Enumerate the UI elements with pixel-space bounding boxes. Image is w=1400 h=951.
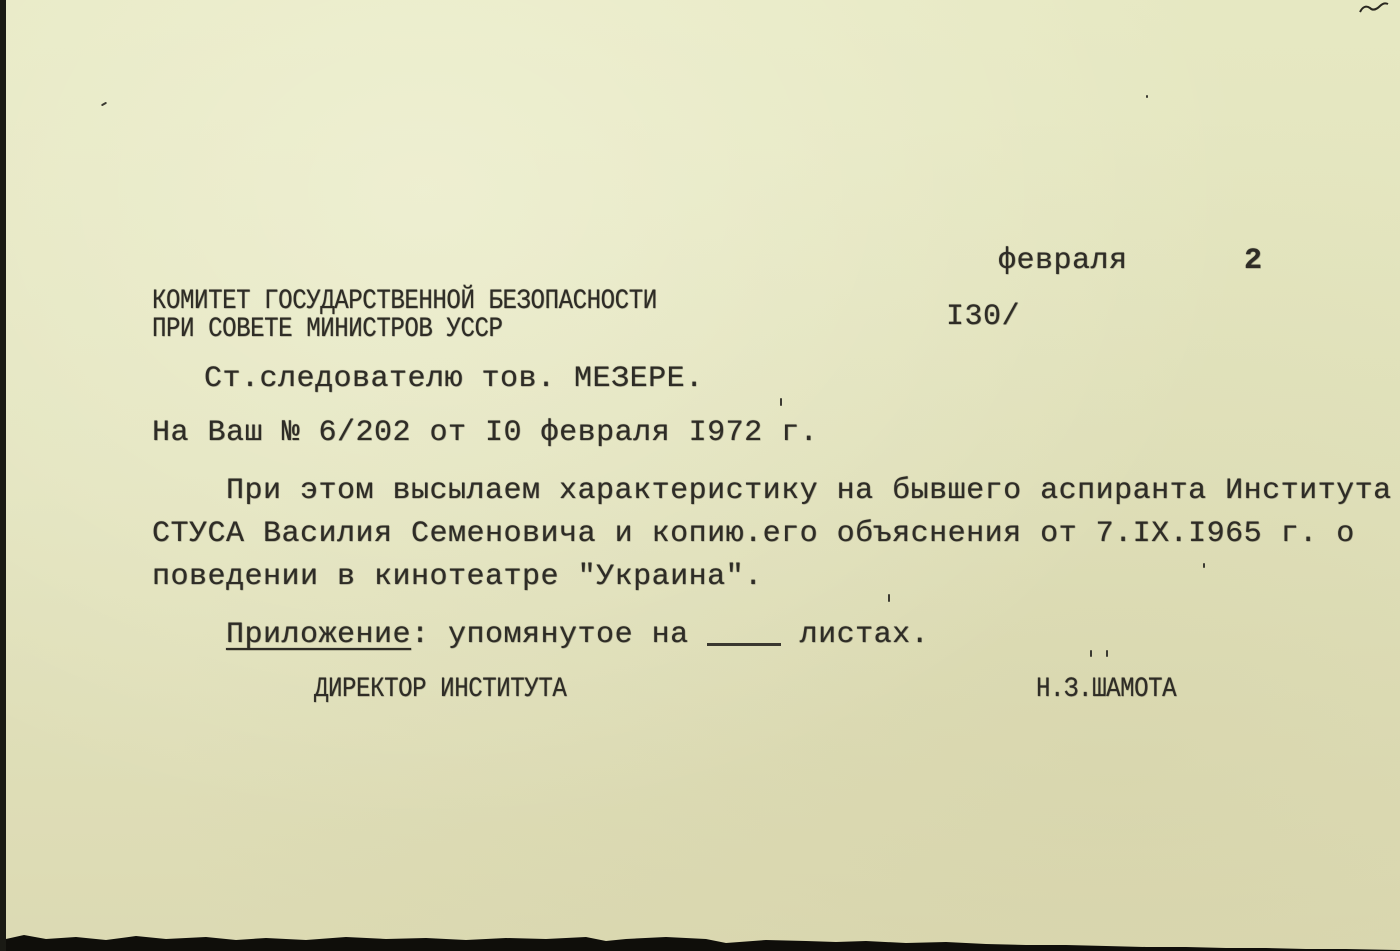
stray-mark — [780, 398, 782, 406]
stray-mark — [1146, 95, 1148, 98]
stray-mark — [1090, 650, 1092, 657]
enclosure-label: Приложение — [226, 618, 411, 652]
stray-mark — [101, 102, 107, 107]
enclosure-line: Приложение: упомянутое на листах. — [226, 620, 929, 650]
addressee-line-1: КОМИТЕТ ГОСУДАРСТВЕННОЙ БЕЗОПАСНОСТИ — [152, 288, 657, 316]
torn-bottom-edge — [6, 927, 1400, 951]
in-reply-to-line: На Ваш № 6/202 от I0 февраля I972 г. — [152, 418, 818, 448]
signature-name: Н.З.ШАМОТА — [1036, 676, 1176, 704]
handwritten-corner-mark — [1354, 0, 1394, 14]
date-day: 2 — [1244, 246, 1263, 276]
enclosure-text-after: листах. — [800, 618, 930, 652]
document-page: февраля 2 КОМИТЕТ ГОСУДАРСТВЕННОЙ БЕЗОПА… — [6, 0, 1400, 951]
addressee-attention: Ст.следователю тов. МЕЗЕРЕ. — [204, 364, 704, 394]
signature-title: ДИРЕКТОР ИНСТИТУТА — [314, 676, 566, 704]
body-line-2: СТУСА Василия Семеновича и копию.его объ… — [152, 519, 1355, 549]
body-line-1: При этом высылаем характеристику на бывш… — [226, 476, 1392, 506]
date-month: февраля — [998, 246, 1128, 276]
reference-number: I30/ — [946, 302, 1020, 332]
stray-mark — [1106, 650, 1108, 657]
enclosure-page-count-blank — [707, 643, 781, 646]
enclosure-text: : упомянутое на — [411, 618, 689, 652]
addressee-line-2: ПРИ СОВЕТЕ МИНИСТРОВ УССР — [152, 316, 503, 344]
stray-mark — [1203, 563, 1205, 568]
body-line-3: поведении в кинотеатре "Украина". — [152, 562, 763, 592]
stray-mark — [888, 594, 890, 602]
